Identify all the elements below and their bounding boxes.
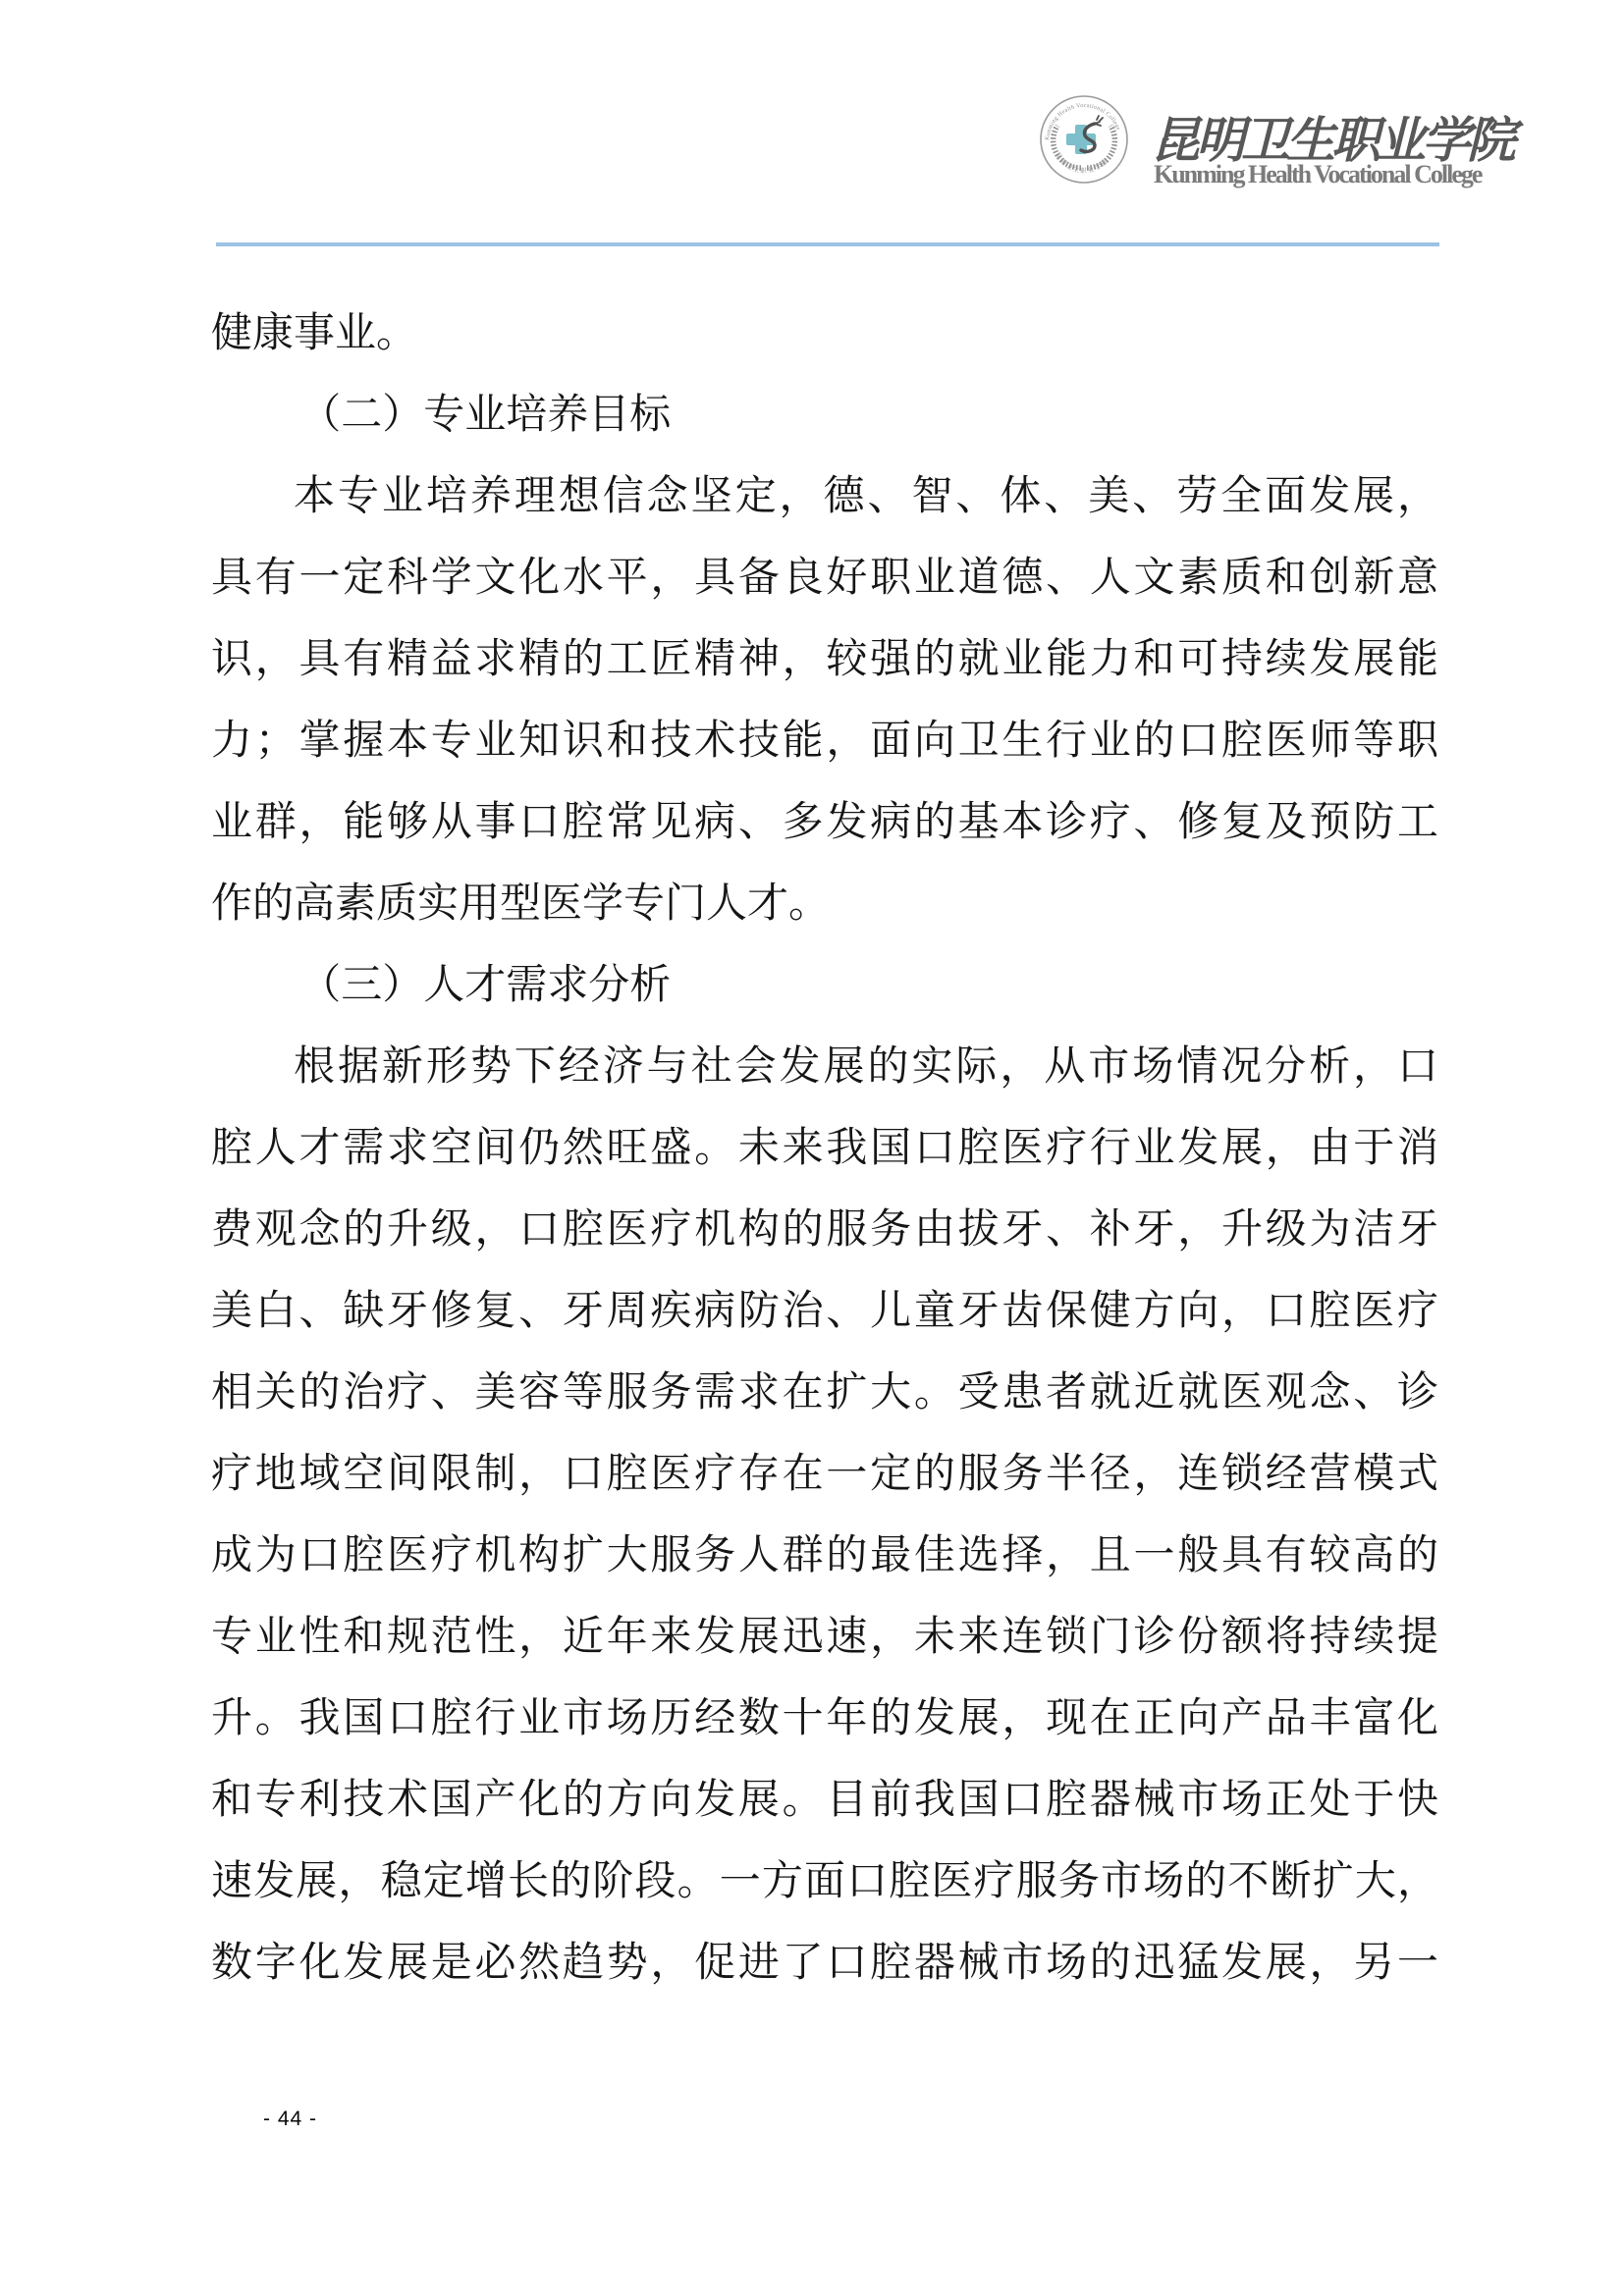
document-line: 费观念的升级，口腔医疗机构的服务由拔牙、补牙，升级为洁牙 — [211, 1190, 1438, 1271]
document-line: 具有一定科学文化水平，具备良好职业道德、人文素质和创新意 — [211, 538, 1438, 619]
document-line: 专业性和规范性，近年来发展迅速，未来连锁门诊份额将持续提 — [211, 1597, 1438, 1679]
page-number: - 44 - — [263, 2108, 317, 2131]
document-line: 根据新形势下经济与社会发展的实际，从市场情况分析，口 — [211, 1027, 1438, 1108]
document-line: 健康事业。 — [211, 294, 1438, 375]
document-line: 腔人才需求空间仍然旺盛。未来我国口腔医疗行业发展，由于消 — [211, 1108, 1438, 1190]
document-body: 健康事业。（二）专业培养目标本专业培养理想信念坚定，德、智、体、美、劳全面发展，… — [211, 294, 1438, 2004]
document-line: 速发展，稳定增长的阶段。一方面口腔医疗服务市场的不断扩大， — [211, 1842, 1438, 1923]
document-line: 美白、缺牙修复、牙周疾病防治、儿童牙齿保健方向，口腔医疗 — [211, 1271, 1438, 1353]
document-line: 相关的治疗、美容等服务需求在扩大。受患者就近就医观念、诊 — [211, 1353, 1438, 1434]
section-heading: （三）人才需求分析 — [211, 945, 1438, 1027]
section-heading: （二）专业培养目标 — [211, 375, 1438, 456]
document-line: 成为口腔医疗机构扩大服务人群的最佳选择，且一般具有较高的 — [211, 1516, 1438, 1597]
document-line: 作的高素质实用型医学专门人才。 — [211, 864, 1438, 945]
document-line: 和专利技术国产化的方向发展。目前我国口腔器械市场正处于快 — [211, 1760, 1438, 1842]
document-line: 业群，能够从事口腔常见病、多发病的基本诊疗、修复及预防工 — [211, 782, 1438, 864]
document-page: Kunming Health Vocational College 昆明卫生职业… — [0, 0, 1624, 2296]
document-line: 识，具有精益求精的工匠精神，较强的就业能力和可持续发展能 — [211, 619, 1438, 701]
document-line: 本专业培养理想信念坚定，德、智、体、美、劳全面发展， — [211, 456, 1438, 538]
document-line: 力；掌握本专业知识和技术技能，面向卫生行业的口腔医师等职 — [211, 701, 1438, 782]
college-seal-icon: Kunming Health Vocational College 昆明卫生职业… — [1039, 93, 1129, 188]
document-line: 疗地域空间限制，口腔医疗存在一定的服务半径，连锁经营模式 — [211, 1434, 1438, 1516]
document-line: 升。我国口腔行业市场历经数十年的发展，现在正向产品丰富化 — [211, 1679, 1438, 1760]
document-line: 数字化发展是必然趋势，促进了口腔器械市场的迅猛发展，另一 — [211, 1923, 1438, 2004]
college-name-english: Kunming Health Vocational College — [1154, 160, 1481, 189]
header-divider — [216, 242, 1439, 246]
